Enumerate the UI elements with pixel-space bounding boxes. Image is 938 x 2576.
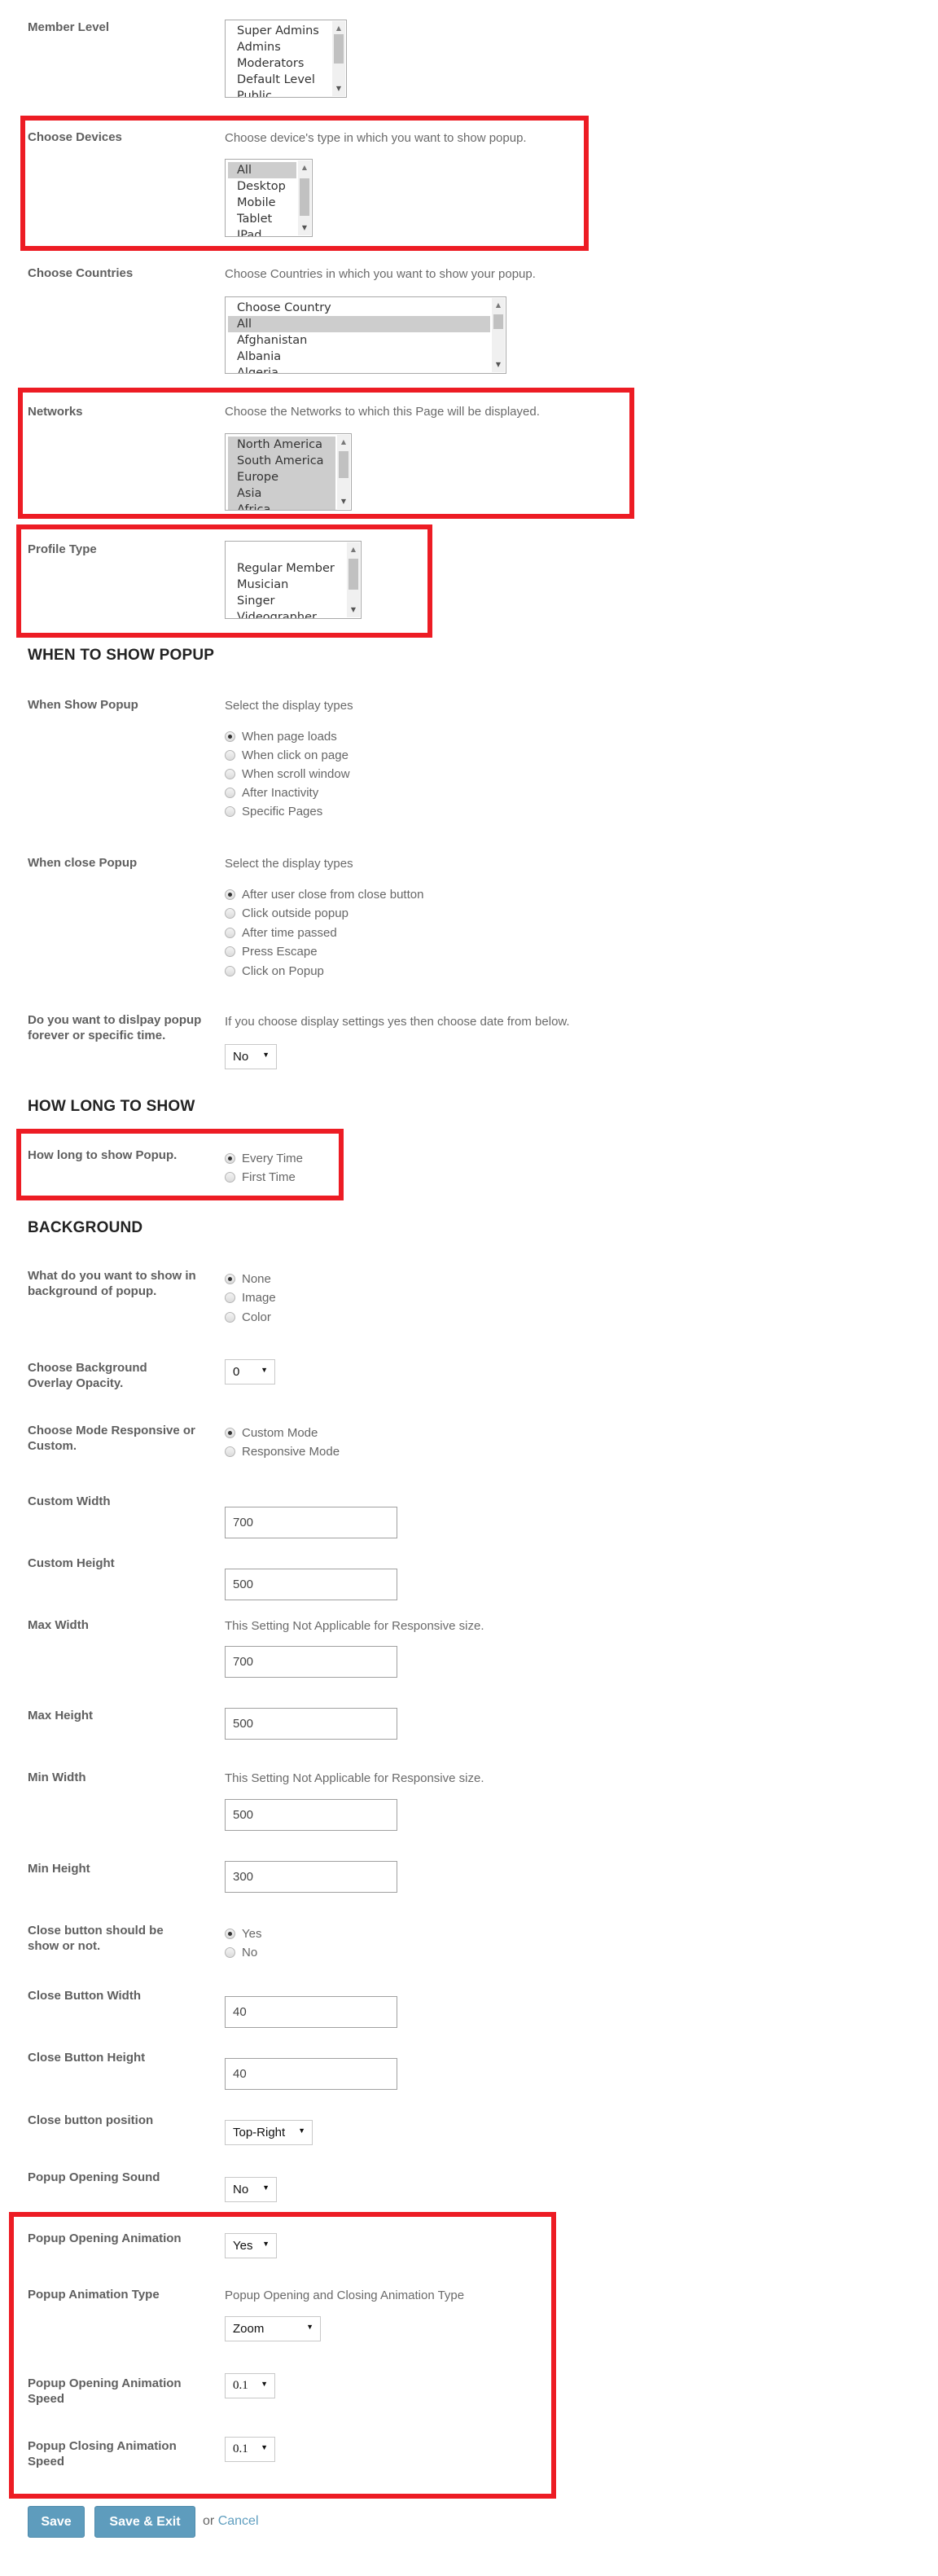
- radio-option[interactable]: Responsive Mode: [225, 1443, 340, 1461]
- scrollbar[interactable]: ▲▼: [347, 542, 360, 617]
- opening-animation-select[interactable]: Yes▼: [225, 2233, 277, 2258]
- countries-listbox[interactable]: Choose CountryAllAfghanistanAlbaniaAlger…: [225, 296, 506, 374]
- listbox-option[interactable]: Admins: [228, 39, 331, 55]
- max-height-input[interactable]: [225, 1708, 397, 1740]
- radio-option[interactable]: Image: [225, 1289, 276, 1307]
- custom-width-input[interactable]: [225, 1507, 397, 1538]
- networks-description: Choose the Networks to which this Page w…: [225, 405, 540, 419]
- radio-label: Custom Mode: [242, 1426, 318, 1440]
- listbox-option[interactable]: Algeria: [228, 365, 490, 374]
- radio-option[interactable]: Color: [225, 1308, 271, 1326]
- listbox-option[interactable]: IPad: [228, 227, 296, 237]
- listbox-option[interactable]: Super Admins: [228, 23, 331, 39]
- listbox-option[interactable]: Africa: [228, 502, 335, 511]
- listbox-option[interactable]: Europe: [228, 469, 335, 485]
- networks-listbox[interactable]: North AmericaSouth AmericaEuropeAsiaAfri…: [225, 433, 352, 511]
- when-close-label: When close Popup: [28, 855, 207, 871]
- radio-unchecked-icon[interactable]: [225, 1312, 235, 1323]
- close-width-input[interactable]: [225, 1996, 397, 2028]
- listbox-option[interactable]: Asia: [228, 485, 335, 502]
- radio-label: When click on page: [242, 748, 348, 762]
- scroll-thumb[interactable]: [348, 559, 358, 590]
- custom-width-label: Custom Width: [28, 1494, 207, 1509]
- min-height-label: Min Height: [28, 1861, 207, 1876]
- how-long-label: How long to show Popup.: [28, 1148, 207, 1163]
- overlay-opacity-label: Choose Background Overlay Opacity.: [28, 1360, 191, 1391]
- devices-listbox[interactable]: AllDesktopMobileTabletIPad ▲▼: [225, 159, 313, 237]
- scroll-down-icon[interactable]: ▼: [298, 222, 311, 234]
- scroll-down-icon[interactable]: ▼: [337, 496, 350, 507]
- close-position-label: Close button position: [28, 2113, 207, 2128]
- dropdown-caret-icon: ▼: [262, 1051, 270, 1059]
- select-value: 0.1: [233, 2442, 248, 2456]
- listbox-option[interactable]: Videographer: [228, 609, 345, 619]
- scroll-up-icon[interactable]: ▲: [332, 23, 345, 34]
- radio-option[interactable]: When click on page: [225, 746, 348, 764]
- scroll-down-icon[interactable]: ▼: [492, 359, 505, 371]
- scrollbar[interactable]: ▲▼: [332, 21, 345, 96]
- profile-type-listbox[interactable]: Regular MemberMusicianSingerVideographer…: [225, 541, 362, 619]
- radio-option[interactable]: After time passed: [225, 924, 337, 941]
- scrollbar[interactable]: ▲▼: [337, 435, 350, 509]
- listbox-option[interactable]: Desktop: [228, 178, 296, 195]
- animation-type-description: Popup Opening and Closing Animation Type: [225, 2289, 464, 2303]
- select-value: 0.1: [233, 2379, 248, 2393]
- cancel-link[interactable]: Cancel: [218, 2514, 259, 2528]
- listbox-option[interactable]: Default Level: [228, 72, 331, 88]
- radio-label: After time passed: [242, 926, 337, 940]
- radio-checked-icon[interactable]: [225, 1929, 235, 1939]
- scrollbar[interactable]: ▲▼: [298, 160, 311, 235]
- radio-label: Click outside popup: [242, 906, 348, 920]
- radio-unchecked-icon[interactable]: [225, 769, 235, 779]
- close-height-label: Close Button Height: [28, 2050, 207, 2065]
- min-width-label: Min Width: [28, 1770, 207, 1785]
- radio-label: First Time: [242, 1170, 296, 1184]
- radio-option[interactable]: Yes: [225, 1924, 261, 1942]
- devices-description: Choose device's type in which you want t…: [225, 131, 527, 146]
- radio-option[interactable]: After Inactivity: [225, 784, 318, 802]
- listbox-option[interactable]: Choose Country: [228, 300, 490, 316]
- display-forever-label: Do you want to dislpay popup forever or …: [28, 1012, 203, 1043]
- listbox-options: AllDesktopMobileTabletIPad: [228, 162, 296, 237]
- listbox-option[interactable]: Musician: [228, 577, 345, 593]
- when-show-description: Select the display types: [225, 699, 353, 713]
- display-forever-description: If you choose display settings yes then …: [225, 1015, 570, 1029]
- min-width-description: This Setting Not Applicable for Responsi…: [225, 1771, 484, 1786]
- radio-label: Image: [242, 1291, 276, 1305]
- radio-unchecked-icon[interactable]: [225, 750, 235, 761]
- save-exit-button[interactable]: Save & Exit: [94, 2506, 195, 2538]
- section-heading-background: BACKGROUND: [28, 1219, 142, 1237]
- scroll-thumb[interactable]: [339, 451, 348, 478]
- dropdown-caret-icon: ▼: [261, 2443, 268, 2451]
- radio-label: Press Escape: [242, 945, 318, 959]
- max-width-description: This Setting Not Applicable for Responsi…: [225, 1619, 484, 1634]
- countries-description: Choose Countries in which you want to sh…: [225, 267, 536, 282]
- scroll-up-icon[interactable]: ▲: [347, 544, 360, 555]
- select-value: Top-Right: [233, 2126, 285, 2139]
- scroll-up-icon[interactable]: ▲: [337, 437, 350, 448]
- radio-label: None: [242, 1272, 271, 1286]
- listbox-options: Regular MemberMusicianSingerVideographer: [228, 544, 345, 619]
- custom-height-label: Custom Height: [28, 1556, 207, 1571]
- select-value: No: [233, 2183, 248, 2196]
- radio-checked-icon[interactable]: [225, 1428, 235, 1438]
- member-level-label: Member Level: [28, 20, 207, 35]
- radio-option[interactable]: Click outside popup: [225, 905, 348, 923]
- listbox-option[interactable]: Regular Member: [228, 560, 345, 577]
- radio-option[interactable]: Specific Pages: [225, 803, 322, 821]
- select-value: Zoom: [233, 2322, 264, 2336]
- or-label: or: [203, 2514, 214, 2528]
- radio-unchecked-icon[interactable]: [225, 946, 235, 957]
- custom-height-input[interactable]: [225, 1569, 397, 1600]
- profile-type-label: Profile Type: [28, 542, 207, 557]
- listbox-options: North AmericaSouth AmericaEuropeAsiaAfri…: [228, 437, 335, 511]
- radio-option[interactable]: None: [225, 1270, 271, 1288]
- listbox-option[interactable]: Moderators: [228, 55, 331, 72]
- max-width-input[interactable]: [225, 1646, 397, 1678]
- radio-unchecked-icon[interactable]: [225, 928, 235, 938]
- member-level-listbox[interactable]: Super AdminsAdminsModeratorsDefault Leve…: [225, 20, 347, 98]
- radio-label: Responsive Mode: [242, 1445, 340, 1459]
- save-button[interactable]: Save: [28, 2506, 85, 2538]
- display-forever-select[interactable]: No▼: [225, 1044, 277, 1069]
- min-width-input[interactable]: [225, 1799, 397, 1831]
- radio-label: After Inactivity: [242, 786, 318, 800]
- max-height-label: Max Height: [28, 1708, 207, 1723]
- scroll-up-icon[interactable]: ▲: [298, 162, 311, 173]
- dropdown-caret-icon: ▼: [262, 2240, 270, 2248]
- radio-label: Click on Popup: [242, 964, 324, 978]
- radio-unchecked-icon[interactable]: [225, 788, 235, 798]
- dropdown-caret-icon: ▼: [262, 2183, 270, 2192]
- radio-unchecked-icon[interactable]: [225, 1292, 235, 1303]
- listbox-option[interactable]: Singer: [228, 593, 345, 609]
- radio-label: Yes: [242, 1927, 261, 1941]
- close-position-select[interactable]: Top-Right▼: [225, 2120, 313, 2145]
- radio-label: When scroll window: [242, 767, 350, 781]
- listbox-option[interactable]: Public: [228, 88, 331, 98]
- opening-speed-select[interactable]: 0.1▼: [225, 2373, 275, 2398]
- radio-option[interactable]: Press Escape: [225, 943, 318, 961]
- select-value: Yes: [233, 2239, 252, 2253]
- radio-checked-icon[interactable]: [225, 731, 235, 742]
- select-value: No: [233, 1050, 248, 1064]
- listbox-option[interactable]: Albania: [228, 349, 490, 365]
- listbox-option[interactable]: All: [228, 316, 490, 332]
- closing-speed-label: Popup Closing Animation Speed: [28, 2438, 195, 2469]
- listbox-options: Super AdminsAdminsModeratorsDefault Leve…: [228, 23, 331, 98]
- radio-checked-icon[interactable]: [225, 1153, 235, 1164]
- radio-label: Every Time: [242, 1152, 303, 1165]
- dropdown-caret-icon: ▼: [298, 2126, 305, 2135]
- listbox-option[interactable]: North America: [228, 437, 335, 453]
- scroll-up-icon[interactable]: ▲: [492, 300, 505, 311]
- countries-label: Choose Countries: [28, 265, 207, 281]
- radio-unchecked-icon[interactable]: [225, 1446, 235, 1457]
- radio-unchecked-icon[interactable]: [225, 966, 235, 976]
- overlay-opacity-select[interactable]: 0▼: [225, 1359, 275, 1385]
- dropdown-caret-icon: ▼: [261, 1366, 268, 1374]
- min-height-input[interactable]: [225, 1861, 397, 1893]
- close-show-label: Close button should be show or not.: [28, 1923, 191, 1954]
- radio-option[interactable]: Click on Popup: [225, 962, 324, 980]
- animation-type-select[interactable]: Zoom▼: [225, 2316, 321, 2341]
- radio-unchecked-icon[interactable]: [225, 1947, 235, 1958]
- listbox-option[interactable]: Mobile: [228, 195, 296, 211]
- listbox-option[interactable]: [228, 544, 345, 560]
- scroll-thumb[interactable]: [334, 34, 344, 64]
- scroll-down-icon[interactable]: ▼: [332, 83, 345, 94]
- closing-speed-select[interactable]: 0.1▼: [225, 2437, 275, 2462]
- listbox-options: Choose CountryAllAfghanistanAlbaniaAlger…: [228, 300, 490, 374]
- opening-animation-label: Popup Opening Animation: [28, 2231, 207, 2246]
- listbox-option[interactable]: South America: [228, 453, 335, 469]
- radio-label: After user close from close button: [242, 888, 423, 902]
- radio-option[interactable]: No: [225, 1943, 257, 1961]
- radio-checked-icon[interactable]: [225, 1274, 235, 1284]
- close-height-input[interactable]: [225, 2058, 397, 2090]
- when-show-label: When Show Popup: [28, 697, 207, 713]
- radio-label: When page loads: [242, 730, 337, 744]
- radio-label: Color: [242, 1310, 271, 1324]
- listbox-option[interactable]: Afghanistan: [228, 332, 490, 349]
- devices-label: Choose Devices: [28, 129, 207, 145]
- radio-option[interactable]: When scroll window: [225, 765, 350, 783]
- dropdown-caret-icon: ▼: [306, 2323, 313, 2331]
- opening-sound-select[interactable]: No▼: [225, 2177, 277, 2202]
- networks-label: Networks: [28, 404, 207, 419]
- radio-unchecked-icon[interactable]: [225, 806, 235, 817]
- radio-checked-icon[interactable]: [225, 889, 235, 900]
- listbox-option[interactable]: Tablet: [228, 211, 296, 227]
- radio-option[interactable]: Every Time: [225, 1149, 303, 1167]
- radio-option[interactable]: After user close from close button: [225, 885, 423, 903]
- scroll-down-icon[interactable]: ▼: [347, 604, 360, 616]
- listbox-option[interactable]: All: [228, 162, 296, 178]
- scrollbar[interactable]: ▲▼: [492, 298, 505, 372]
- select-value: 0: [233, 1365, 239, 1379]
- radio-label: No: [242, 1946, 257, 1959]
- max-width-label: Max Width: [28, 1617, 207, 1633]
- when-close-description: Select the display types: [225, 857, 353, 871]
- opening-sound-label: Popup Opening Sound: [28, 2170, 207, 2185]
- scroll-thumb[interactable]: [493, 314, 503, 329]
- section-heading-when-to-show: WHEN TO SHOW POPUP: [28, 647, 214, 665]
- radio-unchecked-icon[interactable]: [225, 1172, 235, 1183]
- mode-label: Choose Mode Responsive or Custom.: [28, 1423, 203, 1454]
- close-width-label: Close Button Width: [28, 1988, 207, 2003]
- radio-option[interactable]: Custom Mode: [225, 1424, 318, 1442]
- or-text: or Cancel: [203, 2514, 259, 2529]
- animation-type-label: Popup Animation Type: [28, 2287, 207, 2302]
- radio-option[interactable]: First Time: [225, 1168, 296, 1186]
- opening-speed-label: Popup Opening Animation Speed: [28, 2376, 195, 2407]
- bg-show-label: What do you want to show in background o…: [28, 1268, 203, 1299]
- scroll-thumb[interactable]: [300, 178, 309, 216]
- dropdown-caret-icon: ▼: [261, 2380, 268, 2388]
- radio-option[interactable]: When page loads: [225, 727, 337, 745]
- section-heading-how-long: HOW LONG TO SHOW: [28, 1098, 195, 1116]
- radio-label: Specific Pages: [242, 805, 322, 818]
- radio-unchecked-icon[interactable]: [225, 908, 235, 919]
